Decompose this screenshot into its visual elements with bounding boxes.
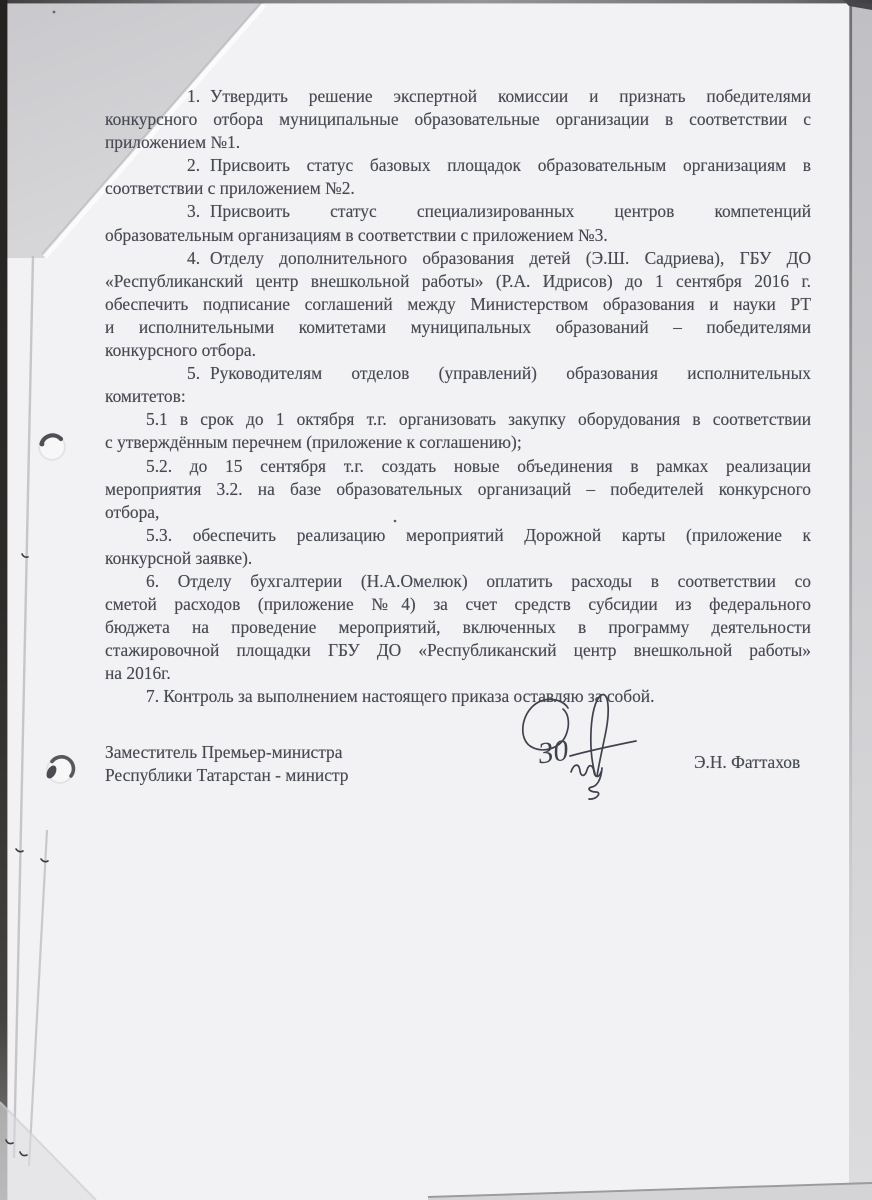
bottom-scan-strip [428,1184,872,1200]
under-page-edge-line-1 [14,256,33,1158]
scan-specks [6,554,48,1156]
order-text-line: стажировочной площадки ГБУ ДО «Республик… [105,639,811,662]
order-text-line: 4.Отделу дополнительного образования дет… [105,247,811,270]
order-text-line: 5.Руководителям отделов (управлений) обр… [105,362,811,385]
order-text-line: и исполнительными комитетами муниципальн… [105,316,811,339]
left-scan-edge [0,0,7,1200]
autograph-ascender [591,695,608,776]
paragraph-number: 1. [146,85,210,108]
order-paragraph: 5.2. до 15 сентября т.г. создать новые о… [105,455,811,524]
under-page-edge-line-2 [29,830,47,1166]
order-paragraph: 5.1 в срок до 1 октября т.г. организоват… [105,408,811,454]
scanned-order-page: { "document": { "kind": "scanned officia… [0,0,872,1200]
autograph-digits: 30 [535,734,570,771]
order-text-line: обеспечить подписание соглашений между М… [105,293,811,316]
order-text-line: 2.Присвоить статус базовых площадок обра… [105,154,811,177]
order-text-line: бюджета на проведение мероприятий, включ… [105,616,811,639]
order-body-text: 1.Утвердить решение экспертной комиссии … [105,85,811,709]
right-page-edge-line [850,0,853,1200]
order-paragraph: 6. Отделу бухгалтерии (Н.А.Омелюк) оплат… [105,570,811,685]
order-text-line: мероприятия 3.2. на базе образовательных… [105,478,811,501]
order-text-line: отбора, [105,501,811,524]
order-paragraph: 5.3. обеспечить реализацию мероприятий Д… [105,524,811,570]
order-text-line: 7. Контроль за выполнением настоящего пр… [105,685,811,708]
order-text-line: сметой расходов (приложение №4) за счет … [105,593,811,616]
order-paragraph: 1.Утвердить решение экспертной комиссии … [105,85,811,154]
signature-autograph: 30 [516,688,652,804]
paragraph-number: 4. [146,247,210,270]
top-scan-edge [0,0,872,3]
hole-punch-top [39,434,65,460]
signatory-title: Заместитель Премьер-министраРеспублики Т… [105,741,348,787]
order-text-line: образовательным организациям в соответст… [105,224,811,247]
order-text-line: 6. Отделу бухгалтерии (Н.А.Омелюк) оплат… [105,570,811,593]
signatory-title-line: Республики Татарстан - министр [105,764,348,787]
order-paragraph: 5.Руководителям отделов (управлений) обр… [105,362,811,408]
paragraph-number: 5. [146,362,210,385]
order-text-line: соответствии с приложением №2. [105,177,811,200]
signatory-name: Э.Н. Фаттахов [694,752,800,773]
order-text-line: 1.Утвердить решение экспертной комиссии … [105,85,811,108]
order-text-line: приложением №1. [105,131,811,154]
order-text-line: конкурсного отбора муниципальные образов… [105,108,811,131]
order-text-line: «Республиканский центр внешкольной работ… [105,270,811,293]
hole-punch-bottom [45,757,74,783]
speck-dot-1 [53,11,56,14]
order-paragraph: 3.Присвоить статус специализированных це… [105,200,811,246]
order-text-line: конкурсного отбора. [105,339,811,362]
order-text-line: 5.2. до 15 сентября т.г. создать новые о… [105,455,811,478]
order-text-line: 5.1 в срок до 1 октября т.г. организоват… [105,408,811,431]
order-text-line: 5.3. обеспечить реализацию мероприятий Д… [105,524,811,547]
order-text-line: с утверждённым перечнем (приложение к со… [105,431,811,454]
paragraph-number: 2. [146,154,210,177]
order-text-line: 3.Присвоить статус специализированных це… [105,200,811,223]
paragraph-number: 3. [146,200,210,223]
right-scan-edge [849,0,872,1200]
order-paragraph: 7. Контроль за выполнением настоящего пр… [105,685,811,708]
order-text-line: комитетов: [105,385,811,408]
order-paragraph: 4.Отделу дополнительного образования дет… [105,247,811,362]
order-text-line: на 2016г. [105,662,811,685]
signatory-title-line: Заместитель Премьер-министра [105,741,348,764]
order-text-line: конкурсной заявке). [105,547,811,570]
order-paragraph: 2.Присвоить статус базовых площадок обра… [105,154,811,200]
